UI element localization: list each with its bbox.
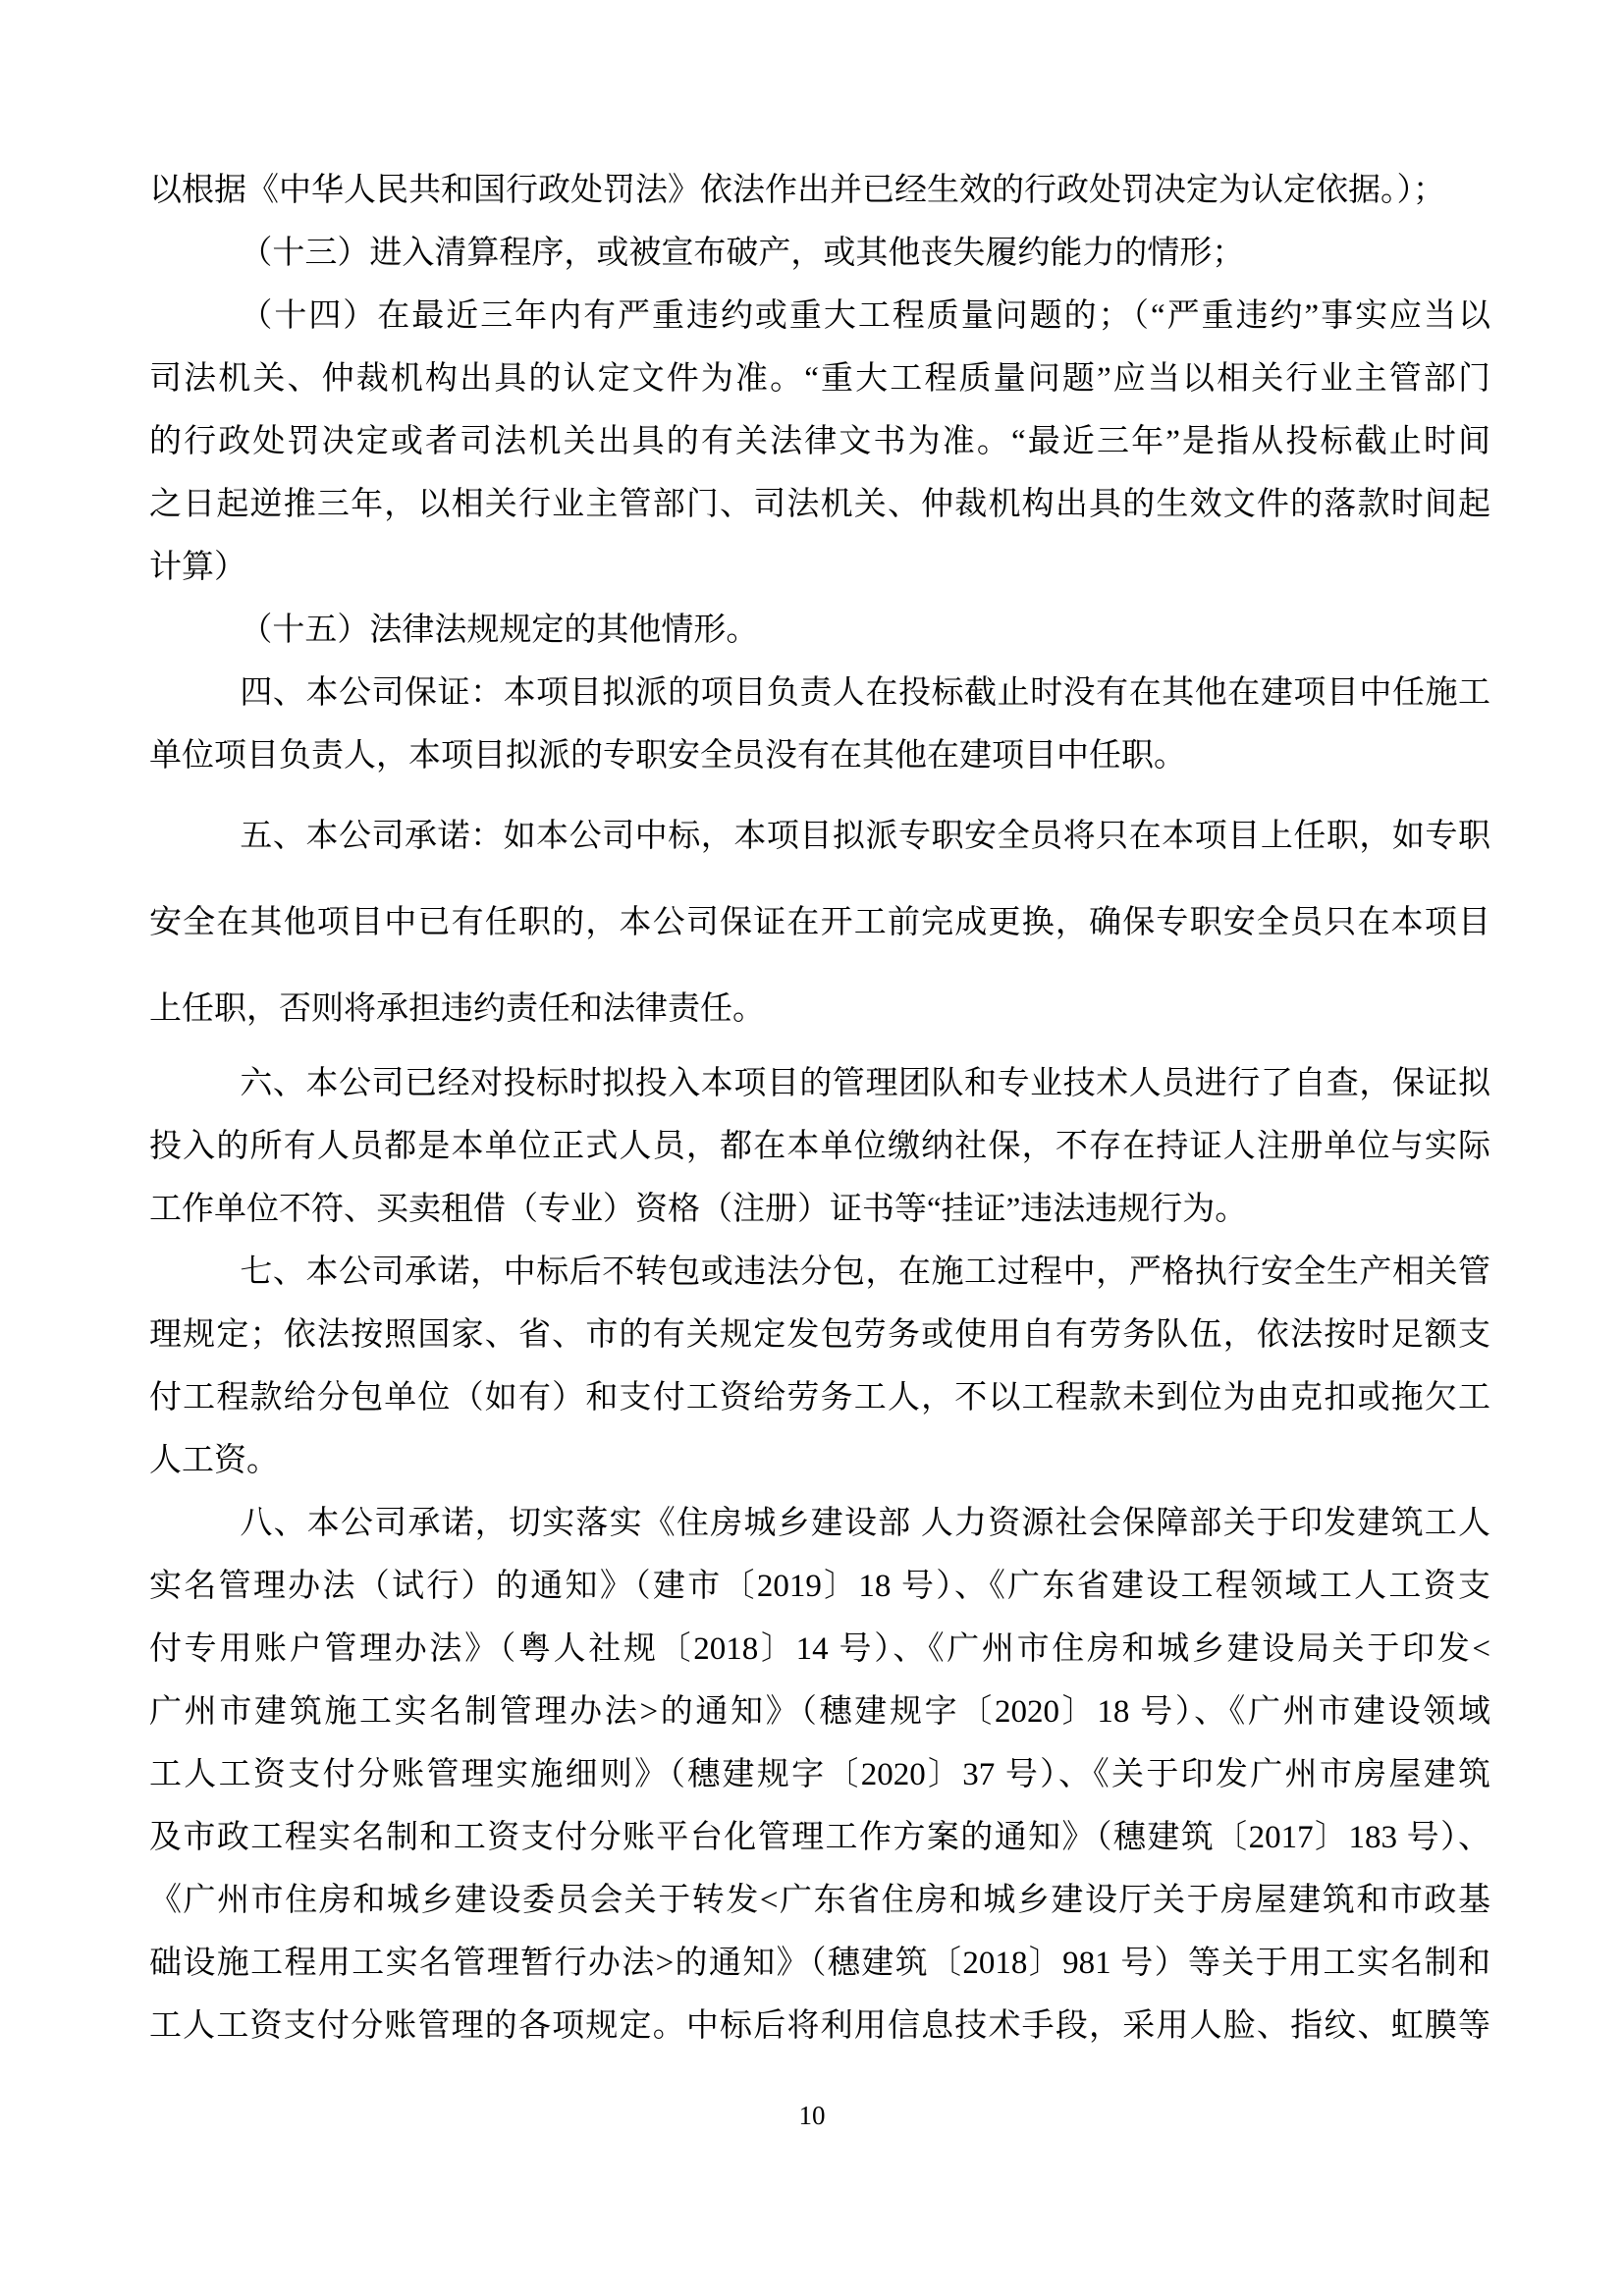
text-line: 六、本公司已经对投标时拟投入本项目的管理团队和专业技术人员进行了自查，保证拟 [149, 1052, 1490, 1115]
text-line: 广州市建筑施工实名制管理办法>的通知》（穗建规字〔2020〕18 号）、《广州市… [149, 1681, 1490, 1743]
text-line: 投入的所有人员都是本单位正式人员，都在本单位缴纳社保，不存在持证人注册单位与实际 [149, 1115, 1490, 1178]
text-line: 五、本公司承诺：如本公司中标，本项目拟派专职安全员将只在本项目上任职，如专职 [149, 793, 1490, 880]
text-line: （十四）在最近三年内有严重违约或重大工程质量问题的；（“严重违约”事实应当以 [149, 285, 1490, 347]
text-line: 安全在其他项目中已有任职的，本公司保证在开工前完成更换，确保专职安全员只在本项目 [149, 880, 1490, 966]
text-line: 础设施工程用工实名管理暂行办法>的通知》（穗建筑〔2018〕981 号）等关于用… [149, 1932, 1490, 1995]
text-line: 以根据《中华人民共和国行政处罚法》依法作出并已经生效的行政处罚决定为认定依据。）… [149, 159, 1490, 222]
text-line: 司法机关、仲裁机构出具的认定文件为准。“重大工程质量问题”应当以相关行业主管部门 [149, 347, 1490, 410]
text-line: 的行政处罚决定或者司法机关出具的有关法律文书为准。“最近三年”是指从投标截止时间 [149, 410, 1490, 473]
text-line: 上任职，否则将承担违约责任和法律责任。 [149, 966, 1490, 1052]
text-line: 计算） [149, 536, 1490, 599]
text-line: 实名管理办法（试行）的通知》（建市〔2019〕18 号）、《广东省建设工程领域工… [149, 1555, 1490, 1618]
text-line: 工作单位不符、买卖租借（专业）资格（注册）证书等“挂证”违法违规行为。 [149, 1178, 1490, 1241]
text-line: 人工资。 [149, 1429, 1490, 1492]
text-line: 工人工资支付分账管理的各项规定。中标后将利用信息技术手段，采用人脸、指纹、虹膜等 [149, 1995, 1490, 2057]
page-number: 10 [0, 2099, 1624, 2132]
text-line: 《广州市住房和城乡建设委员会关于转发<广东省住房和城乡建设厅关于房屋建筑和市政基 [149, 1869, 1490, 1932]
text-line: 付工程款给分包单位（如有）和支付工资给劳务工人，不以工程款未到位为由克扣或拖欠工 [149, 1366, 1490, 1429]
document-page: 以根据《中华人民共和国行政处罚法》依法作出并已经生效的行政处罚决定为认定依据。）… [0, 0, 1624, 2296]
text-line: （十三）进入清算程序，或被宣布破产，或其他丧失履约能力的情形； [149, 222, 1490, 285]
text-line: 八、本公司承诺，切实落实《住房城乡建设部 人力资源社会保障部关于印发建筑工人 [149, 1492, 1490, 1555]
text-line: 理规定；依法按照国家、省、市的有关规定发包劳务或使用自有劳务队伍，依法按时足额支 [149, 1304, 1490, 1366]
text-line: （十五）法律法规规定的其他情形。 [149, 599, 1490, 662]
text-line: 付专用账户管理办法》（粤人社规〔2018〕14 号）、《广州市住房和城乡建设局关… [149, 1618, 1490, 1681]
text-line: 之日起逆推三年，以相关行业主管部门、司法机关、仲裁机构出具的生效文件的落款时间起 [149, 473, 1490, 536]
text-line: 七、本公司承诺，中标后不转包或违法分包，在施工过程中，严格执行安全生产相关管 [149, 1241, 1490, 1304]
text-line: 工人工资支付分账管理实施细则》（穗建规字〔2020〕37 号）、《关于印发广州市… [149, 1743, 1490, 1806]
text-line: 及市政工程实名制和工资支付分账平台化管理工作方案的通知》（穗建筑〔2017〕18… [149, 1806, 1490, 1869]
text-line: 四、本公司保证：本项目拟派的项目负责人在投标截止时没有在其他在建项目中任施工 [149, 662, 1490, 724]
text-line: 单位项目负责人，本项目拟派的专职安全员没有在其他在建项目中任职。 [149, 724, 1490, 787]
document-body: 以根据《中华人民共和国行政处罚法》依法作出并已经生效的行政处罚决定为认定依据。）… [149, 159, 1490, 2057]
